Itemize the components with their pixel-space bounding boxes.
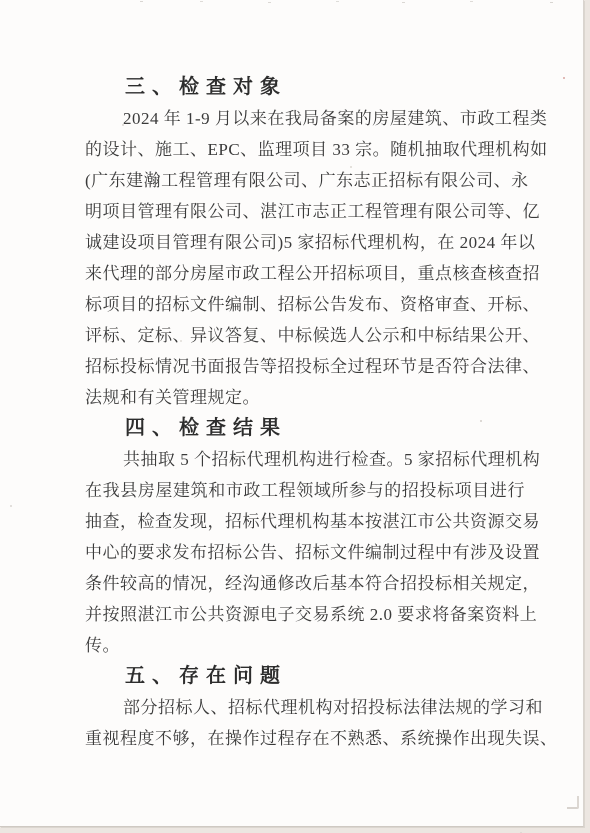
text-line: 条件较高的情况，经沟通修改后基本符合招投标相关规定，	[85, 568, 525, 599]
document-page: 三、检查对象2024 年 1-9 月以来在我局备案的房屋建筑、市政工程类的设计、…	[0, 0, 584, 827]
text-line: 中心的要求发布招标公告、招标文件编制过程中有涉及设置	[85, 537, 525, 568]
text-line: 评标、定标、异议答复、中标候选人公示和中标结果公开、	[85, 320, 525, 351]
section-heading: 四、检查结果	[85, 413, 525, 444]
text-line: 招标投标情况书面报告等招投标全过程环节是否符合法律、	[85, 351, 525, 382]
text-line: 重视程度不够，在操作过程存在不熟悉、系统操作出现失误、	[85, 723, 525, 754]
scan-noise-red-dot	[563, 77, 565, 79]
document-body: 三、检查对象2024 年 1-9 月以来在我局备案的房屋建筑、市政工程类的设计、…	[85, 72, 525, 754]
text-line: 明项目管理有限公司、湛江市志正工程管理有限公司等、亿	[85, 196, 525, 227]
text-line: 并按照湛江市公共资源电子交易系统 2.0 要求将备案资料上	[85, 599, 525, 630]
document-section: 五、存在问题部分招标人、招标代理机构对招投标法律法规的学习和重视程度不够，在操作…	[85, 661, 525, 754]
text-line: 在我县房屋建筑和市政工程领域所参与的招投标项目进行	[85, 475, 525, 506]
page-corner-mark	[567, 796, 579, 809]
text-line: 传。	[85, 630, 525, 661]
text-line: 法规和有关管理规定。	[85, 382, 525, 413]
text-line: 抽查，检查发现，招标代理机构基本按湛江市公共资源交易	[85, 506, 525, 537]
document-section: 四、检查结果共抽取 5 个招标代理机构进行检查。5 家招标代理机构在我县房屋建筑…	[85, 413, 525, 661]
text-line: 2024 年 1-9 月以来在我局备案的房屋建筑、市政工程类	[85, 103, 525, 134]
text-line: 诚建设项目管理有限公司)5 家招标代理机构，在 2024 年以	[85, 227, 525, 258]
scan-noise-top	[140, 1, 143, 2]
text-line: 共抽取 5 个招标代理机构进行检查。5 家招标代理机构	[85, 444, 525, 475]
text-line: 部分招标人、招标代理机构对招投标法律法规的学习和	[85, 692, 525, 723]
scan-background: 三、检查对象2024 年 1-9 月以来在我局备案的房屋建筑、市政工程类的设计、…	[0, 0, 590, 833]
section-heading: 三、检查对象	[85, 72, 525, 103]
text-line: 的设计、施工、EPC、监理项目 33 宗。随机抽取代理机构如	[85, 134, 525, 165]
scan-noise-specks	[480, 420, 482, 422]
document-section: 三、检查对象2024 年 1-9 月以来在我局备案的房屋建筑、市政工程类的设计、…	[85, 72, 525, 413]
text-line: 来代理的部分房屋市政工程公开招标项目，重点核查核查招	[85, 258, 525, 289]
text-line: (广东建瀚工程管理有限公司、广东志正招标有限公司、永	[85, 165, 525, 196]
section-heading: 五、存在问题	[85, 661, 525, 692]
text-line: 标项目的招标文件编制、招标公告发布、资格审查、开标、	[85, 289, 525, 320]
